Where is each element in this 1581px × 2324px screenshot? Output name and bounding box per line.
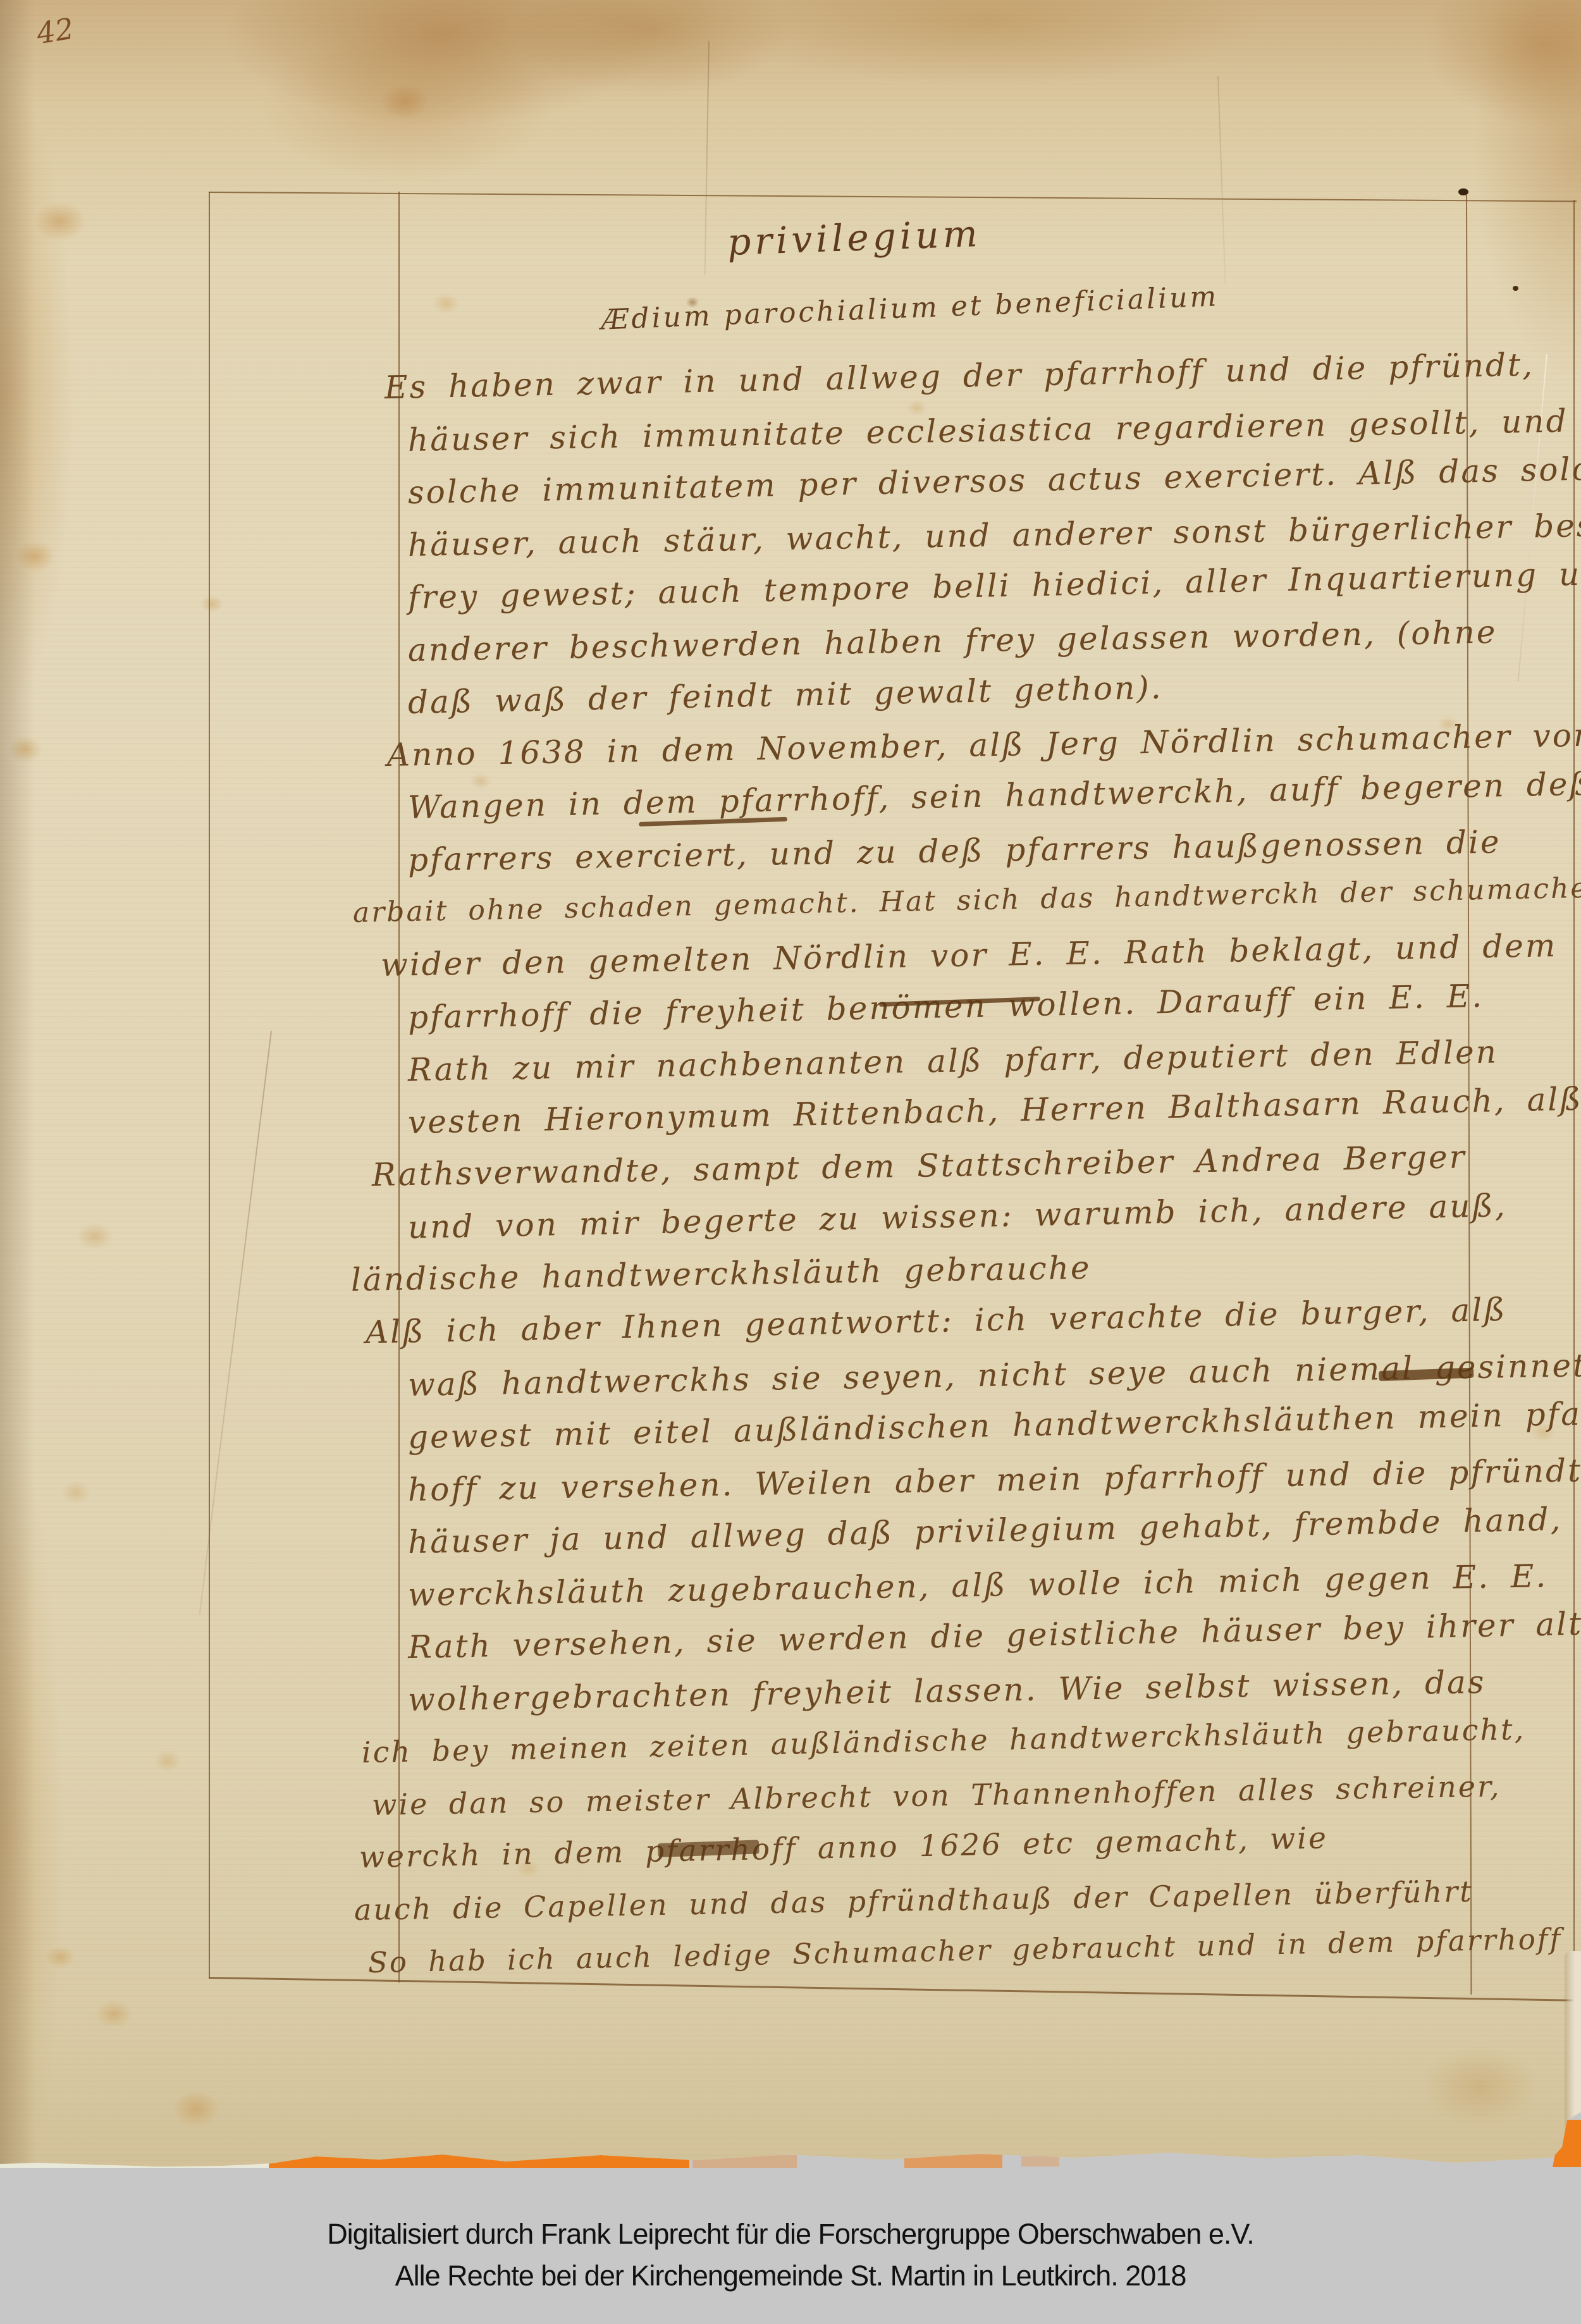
ink-blot xyxy=(1458,188,1468,195)
frame-rule-top xyxy=(209,192,1577,202)
manuscript-subheading: Ædium parochialium et beneficialium xyxy=(600,280,1219,336)
manuscript-paper: 42 privilegium Ædium parochialium et ben… xyxy=(0,0,1581,2167)
orange-backing-patch xyxy=(1021,2156,1059,2167)
ink-blot xyxy=(1513,286,1518,291)
paper-crease xyxy=(704,41,710,275)
credit-line-2: Alle Rechte bei der Kirchengemeinde St. … xyxy=(395,2255,1186,2297)
credit-line-1: Digitalisiert durch Frank Leiprecht für … xyxy=(327,2213,1254,2255)
scanned-manuscript-page: 42 privilegium Ædium parochialium et ben… xyxy=(0,0,1581,2324)
digitization-credit-band: Digitalisiert durch Frank Leiprecht für … xyxy=(0,2168,1581,2324)
frame-rule-left-outer xyxy=(209,192,210,1979)
paper-crease xyxy=(1217,76,1226,285)
folio-number: 42 xyxy=(34,11,76,51)
manuscript-heading: privilegium xyxy=(727,212,982,264)
manuscript-text-block: Es haben zwar in und allweg der pfarrhof… xyxy=(379,362,1581,1989)
